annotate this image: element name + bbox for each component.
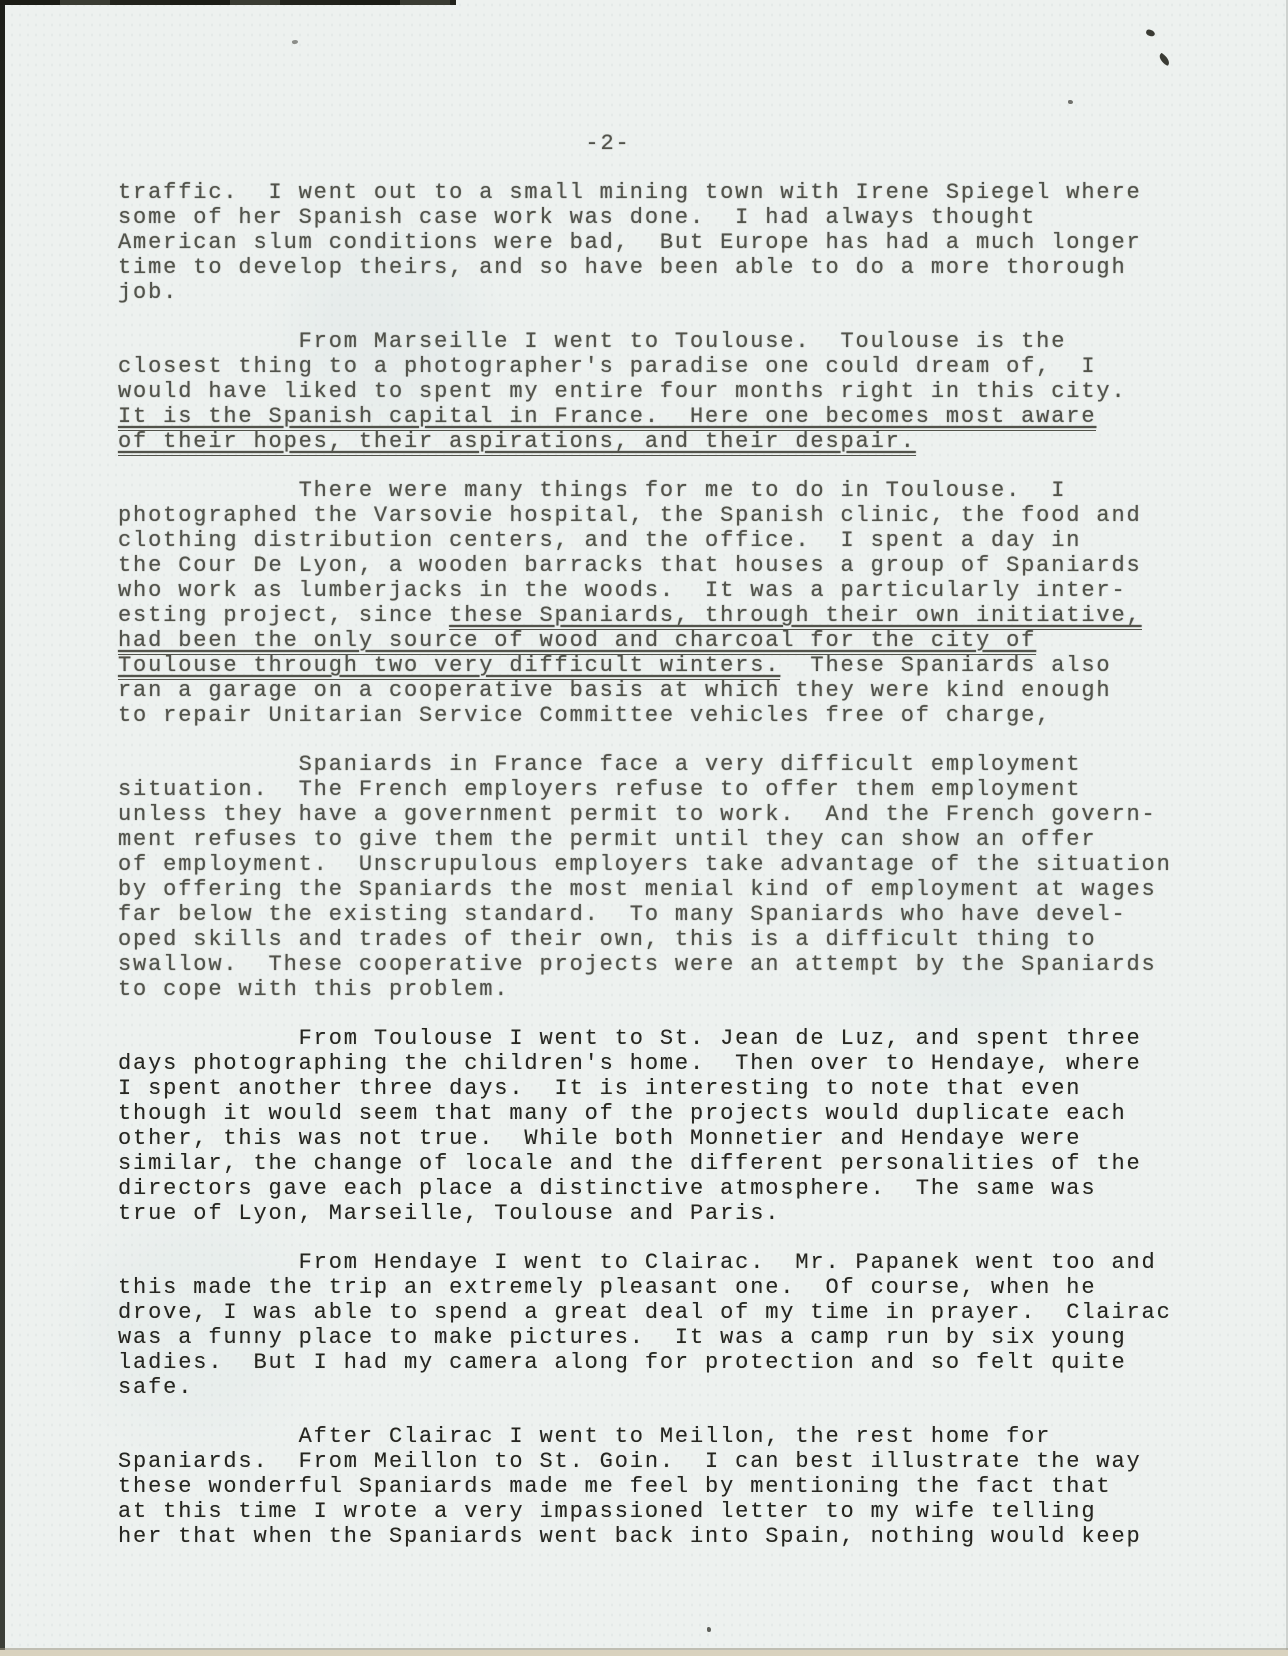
text-segment: some of her Spanish case work was done. …	[118, 205, 1036, 230]
text-line: time to develop theirs, and so have been…	[118, 255, 1198, 280]
text-line: of employment. Unscrupulous employers ta…	[118, 852, 1198, 877]
text-segment: After Clairac I went to Meillon, the res…	[118, 1424, 1051, 1449]
text-segment: these wonderful Spaniards made me feel b…	[118, 1474, 1111, 1499]
text-line: From Marseille I went to Toulouse. Toulo…	[118, 329, 1198, 354]
text-line: job.	[118, 280, 1198, 305]
text-segment: who work as lumberjacks in the woods. It…	[118, 578, 1127, 603]
text-segment: clothing distribution centers, and the o…	[118, 528, 1081, 553]
text-segment: unless they have a government permit to …	[118, 802, 1157, 827]
scan-edge-bottom	[0, 1650, 1288, 1656]
scan-edge-top	[0, 0, 456, 5]
text-line: this made the trip an extremely pleasant…	[118, 1275, 1198, 1300]
text-line: From Hendaye I went to Clairac. Mr. Papa…	[118, 1250, 1198, 1275]
text-segment: From Hendaye I went to Clairac. Mr. Papa…	[118, 1250, 1157, 1275]
text-segment: this made the trip an extremely pleasant…	[118, 1275, 1096, 1300]
text-segment: oped skills and trades of their own, thi…	[118, 927, 1096, 952]
text-segment: other, this was not true. While both Mon…	[118, 1126, 1081, 1151]
paragraph: traffic. I went out to a small mining to…	[118, 180, 1198, 305]
text-line: It is the Spanish capital in France. Her…	[118, 404, 1198, 429]
text-segment: to cope with this problem.	[118, 977, 509, 1002]
text-segment: ran a garage on a cooperative basis at w…	[118, 678, 1111, 703]
text-line: had been the only source of wood and cha…	[118, 628, 1198, 653]
page-number: -2-	[118, 131, 1098, 156]
text-segment: esting project, since	[118, 603, 449, 628]
paragraph: From Hendaye I went to Clairac. Mr. Papa…	[118, 1250, 1198, 1400]
text-line: oped skills and trades of their own, thi…	[118, 927, 1198, 952]
text-segment: the Cour De Lyon, a wooden barracks that…	[118, 553, 1142, 578]
underlined-text: had been the only source of wood and cha…	[118, 628, 1036, 655]
text-segment: ladies. But I had my camera along for pr…	[118, 1350, 1127, 1375]
underlined-text: Toulouse through two very difficult wint…	[118, 653, 780, 680]
text-line: of their hopes, their aspirations, and t…	[118, 429, 1198, 454]
text-segment: American slum conditions were bad, But E…	[118, 230, 1142, 255]
text-line: though it would seem that many of the pr…	[118, 1101, 1198, 1126]
text-segment: days photographing the children's home. …	[118, 1051, 1142, 1076]
text-segment: her that when the Spaniards went back in…	[118, 1524, 1142, 1549]
text-segment: From Marseille I went to Toulouse. Toulo…	[118, 329, 1066, 354]
text-line: was a funny place to make pictures. It w…	[118, 1325, 1198, 1350]
text-line: photographed the Varsovie hospital, the …	[118, 503, 1198, 528]
page-content: -2- traffic. I went out to a small minin…	[118, 0, 1198, 1573]
text-line: closest thing to a photographer's paradi…	[118, 354, 1198, 379]
text-line: There were many things for me to do in T…	[118, 478, 1198, 503]
text-line: safe.	[118, 1375, 1198, 1400]
text-segment: safe.	[118, 1375, 193, 1400]
text-segment: From Toulouse I went to St. Jean de Luz,…	[118, 1026, 1142, 1051]
text-line: clothing distribution centers, and the o…	[118, 528, 1198, 553]
scan-edge-left	[0, 0, 5, 1656]
text-line: ment refuses to give them the permit unt…	[118, 827, 1198, 852]
text-segment: by offering the Spaniards the most menia…	[118, 877, 1157, 902]
text-line: her that when the Spaniards went back in…	[118, 1524, 1198, 1549]
text-segment: Spaniards. From Meillon to St. Goin. I c…	[118, 1449, 1142, 1474]
scanned-document-page: { "page": { "number": "-2-", "colors": {…	[0, 0, 1288, 1656]
text-line: days photographing the children's home. …	[118, 1051, 1198, 1076]
text-segment: traffic. I went out to a small mining to…	[118, 180, 1142, 205]
text-line: Spaniards. From Meillon to St. Goin. I c…	[118, 1449, 1198, 1474]
text-segment: to repair Unitarian Service Committee ve…	[118, 703, 1051, 728]
text-segment: directors gave each place a distinctive …	[118, 1176, 1096, 1201]
text-line: unless they have a government permit to …	[118, 802, 1198, 827]
text-segment: There were many things for me to do in T…	[118, 478, 1066, 503]
text-segment: time to develop theirs, and so have been…	[118, 255, 1127, 280]
text-segment: would have liked to spent my entire four…	[118, 379, 1127, 404]
underlined-text: these Spaniards, through their own initi…	[449, 603, 1141, 630]
text-line: drove, I was able to spend a great deal …	[118, 1300, 1198, 1325]
text-segment: drove, I was able to spend a great deal …	[118, 1300, 1172, 1325]
text-line: esting project, since these Spaniards, t…	[118, 603, 1198, 628]
text-segment: though it would seem that many of the pr…	[118, 1101, 1127, 1126]
text-line: these wonderful Spaniards made me feel b…	[118, 1474, 1198, 1499]
text-line: other, this was not true. While both Mon…	[118, 1126, 1198, 1151]
text-line: American slum conditions were bad, But E…	[118, 230, 1198, 255]
text-line: directors gave each place a distinctive …	[118, 1176, 1198, 1201]
text-line: Spaniards in France face a very difficul…	[118, 752, 1198, 777]
text-line: at this time I wrote a very impassioned …	[118, 1499, 1198, 1524]
text-line: would have liked to spent my entire four…	[118, 379, 1198, 404]
ink-speck	[1068, 100, 1073, 104]
text-line: to repair Unitarian Service Committee ve…	[118, 703, 1198, 728]
text-line: to cope with this problem.	[118, 977, 1198, 1002]
text-segment: I spent another three days. It is intere…	[118, 1076, 1081, 1101]
text-line: After Clairac I went to Meillon, the res…	[118, 1424, 1198, 1449]
paragraph: There were many things for me to do in T…	[118, 478, 1198, 728]
text-line: by offering the Spaniards the most menia…	[118, 877, 1198, 902]
text-segment: closest thing to a photographer's paradi…	[118, 354, 1096, 379]
text-segment: at this time I wrote a very impassioned …	[118, 1499, 1096, 1524]
text-segment: true of Lyon, Marseille, Toulouse and Pa…	[118, 1201, 780, 1226]
paragraph: From Marseille I went to Toulouse. Toulo…	[118, 329, 1198, 454]
text-line: ladies. But I had my camera along for pr…	[118, 1350, 1198, 1375]
text-segment: situation. The French employers refuse t…	[118, 777, 1081, 802]
paragraph: From Toulouse I went to St. Jean de Luz,…	[118, 1026, 1198, 1226]
text-segment: far below the existing standard. To many…	[118, 902, 1127, 927]
text-line: true of Lyon, Marseille, Toulouse and Pa…	[118, 1201, 1198, 1226]
text-segment: job.	[118, 280, 178, 305]
text-segment: was a funny place to make pictures. It w…	[118, 1325, 1127, 1350]
text-line: Toulouse through two very difficult wint…	[118, 653, 1198, 678]
text-segment: These Spaniards also	[780, 653, 1111, 678]
underlined-text: It is the Spanish capital in France. Her…	[118, 404, 1096, 431]
text-line: ran a garage on a cooperative basis at w…	[118, 678, 1198, 703]
text-line: the Cour De Lyon, a wooden barracks that…	[118, 553, 1198, 578]
text-line: who work as lumberjacks in the woods. It…	[118, 578, 1198, 603]
text-segment: swallow. These cooperative projects were…	[118, 952, 1157, 977]
paragraph: Spaniards in France face a very difficul…	[118, 752, 1198, 1002]
text-segment: photographed the Varsovie hospital, the …	[118, 503, 1142, 528]
text-line: From Toulouse I went to St. Jean de Luz,…	[118, 1026, 1198, 1051]
text-line: far below the existing standard. To many…	[118, 902, 1198, 927]
text-segment: of employment. Unscrupulous employers ta…	[118, 852, 1172, 877]
text-line: I spent another three days. It is intere…	[118, 1076, 1198, 1101]
ink-speck	[707, 1627, 711, 1632]
text-line: some of her Spanish case work was done. …	[118, 205, 1198, 230]
underlined-text: of their hopes, their aspirations, and t…	[118, 429, 916, 456]
text-line: traffic. I went out to a small mining to…	[118, 180, 1198, 205]
text-segment: similar, the change of locale and the di…	[118, 1151, 1142, 1176]
text-line: situation. The French employers refuse t…	[118, 777, 1198, 802]
paragraph: After Clairac I went to Meillon, the res…	[118, 1424, 1198, 1549]
text-segment: ment refuses to give them the permit unt…	[118, 827, 1096, 852]
document-body: traffic. I went out to a small mining to…	[118, 180, 1198, 1549]
text-line: swallow. These cooperative projects were…	[118, 952, 1198, 977]
text-line: similar, the change of locale and the di…	[118, 1151, 1198, 1176]
text-segment: Spaniards in France face a very difficul…	[118, 752, 1081, 777]
